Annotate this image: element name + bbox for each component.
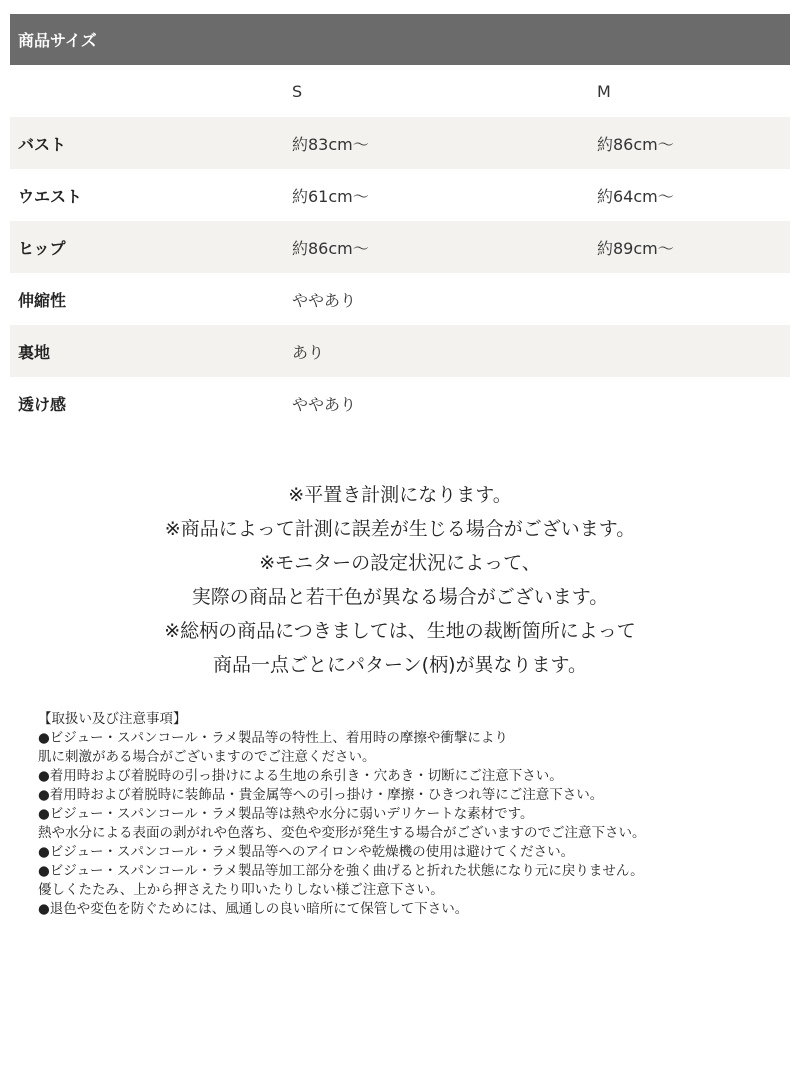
- table-row: バスト 約83cm～ 約86cm～: [10, 117, 790, 169]
- row-label: ヒップ: [10, 236, 292, 259]
- care-line: ●ビジュー・スパンコール・ラメ製品等の特性上、着用時の摩擦や衝撃により: [38, 729, 646, 748]
- row-value-s: 約83cm～: [292, 132, 597, 155]
- row-value-s: 約86cm～: [292, 236, 597, 259]
- size-table: 商品サイズ S M バスト 約83cm～ 約86cm～ ウエスト 約61cm～ …: [10, 14, 790, 429]
- note-line: 実際の商品と若干色が異なる場合がございます。: [0, 580, 800, 614]
- note-line: ※総柄の商品につきましては、生地の裁断箇所によって: [0, 614, 800, 648]
- row-value-m: 約89cm～: [597, 236, 790, 259]
- note-line: 商品一点ごとにパターン(柄)が異なります。: [0, 648, 800, 682]
- note-line: ※平置き計測になります。: [0, 478, 800, 512]
- note-line: ※商品によって計測に誤差が生じる場合がございます。: [0, 512, 800, 546]
- care-line: ●着用時および着脱時に装飾品・貴金属等への引っ掛け・摩擦・ひきつれ等にご注意下さ…: [38, 786, 646, 805]
- care-line: ●退色や変色を防ぐためには、風通しの良い暗所にて保管して下さい。: [38, 900, 646, 919]
- table-title: 商品サイズ: [10, 14, 790, 65]
- care-line: ●ビジュー・スパンコール・ラメ製品等へのアイロンや乾燥機の使用は避けてください。: [38, 843, 646, 862]
- row-label: ウエスト: [10, 184, 292, 207]
- row-label: 裏地: [10, 340, 292, 363]
- row-label: 透け感: [10, 392, 292, 415]
- care-line: 優しくたたみ、上から押さえたり叩いたりしない様ご注意下さい。: [38, 881, 646, 900]
- table-row: ヒップ 約86cm～ 約89cm～: [10, 221, 790, 273]
- table-row: 裏地 あり: [10, 325, 790, 377]
- row-value-s: あり: [292, 340, 597, 363]
- note-line: ※モニターの設定状況によって、: [0, 546, 800, 580]
- care-line: ●ビジュー・スパンコール・ラメ製品等加工部分を強く曲げると折れた状態になり元に戻…: [38, 862, 646, 881]
- row-value-s: ややあり: [292, 288, 597, 311]
- care-line: 熱や水分による表面の剥がれや色落ち、変色や変形が発生する場合がございますのでご注…: [38, 824, 646, 843]
- row-value-m: 約64cm～: [597, 184, 790, 207]
- header-size-m: M: [597, 82, 790, 101]
- care-line: ●着用時および着脱時の引っ掛けによる生地の糸引き・穴あき・切断にご注意下さい。: [38, 767, 646, 786]
- row-value-m: 約86cm～: [597, 132, 790, 155]
- row-label: 伸縮性: [10, 288, 292, 311]
- row-label: バスト: [10, 132, 292, 155]
- care-line: 肌に刺激がある場合がございますのでご注意ください。: [38, 748, 646, 767]
- measurement-notes: ※平置き計測になります。 ※商品によって計測に誤差が生じる場合がございます。 ※…: [0, 478, 800, 682]
- table-header-row: S M: [10, 65, 790, 117]
- care-instructions: 【取扱い及び注意事項】 ●ビジュー・スパンコール・ラメ製品等の特性上、着用時の摩…: [38, 710, 646, 919]
- row-value-s: ややあり: [292, 392, 597, 415]
- care-heading: 【取扱い及び注意事項】: [38, 710, 646, 729]
- table-row: 伸縮性 ややあり: [10, 273, 790, 325]
- care-line: ●ビジュー・スパンコール・ラメ製品等は熱や水分に弱いデリケートな素材です。: [38, 805, 646, 824]
- header-size-s: S: [292, 82, 597, 101]
- row-value-s: 約61cm～: [292, 184, 597, 207]
- table-row: ウエスト 約61cm～ 約64cm～: [10, 169, 790, 221]
- table-row: 透け感 ややあり: [10, 377, 790, 429]
